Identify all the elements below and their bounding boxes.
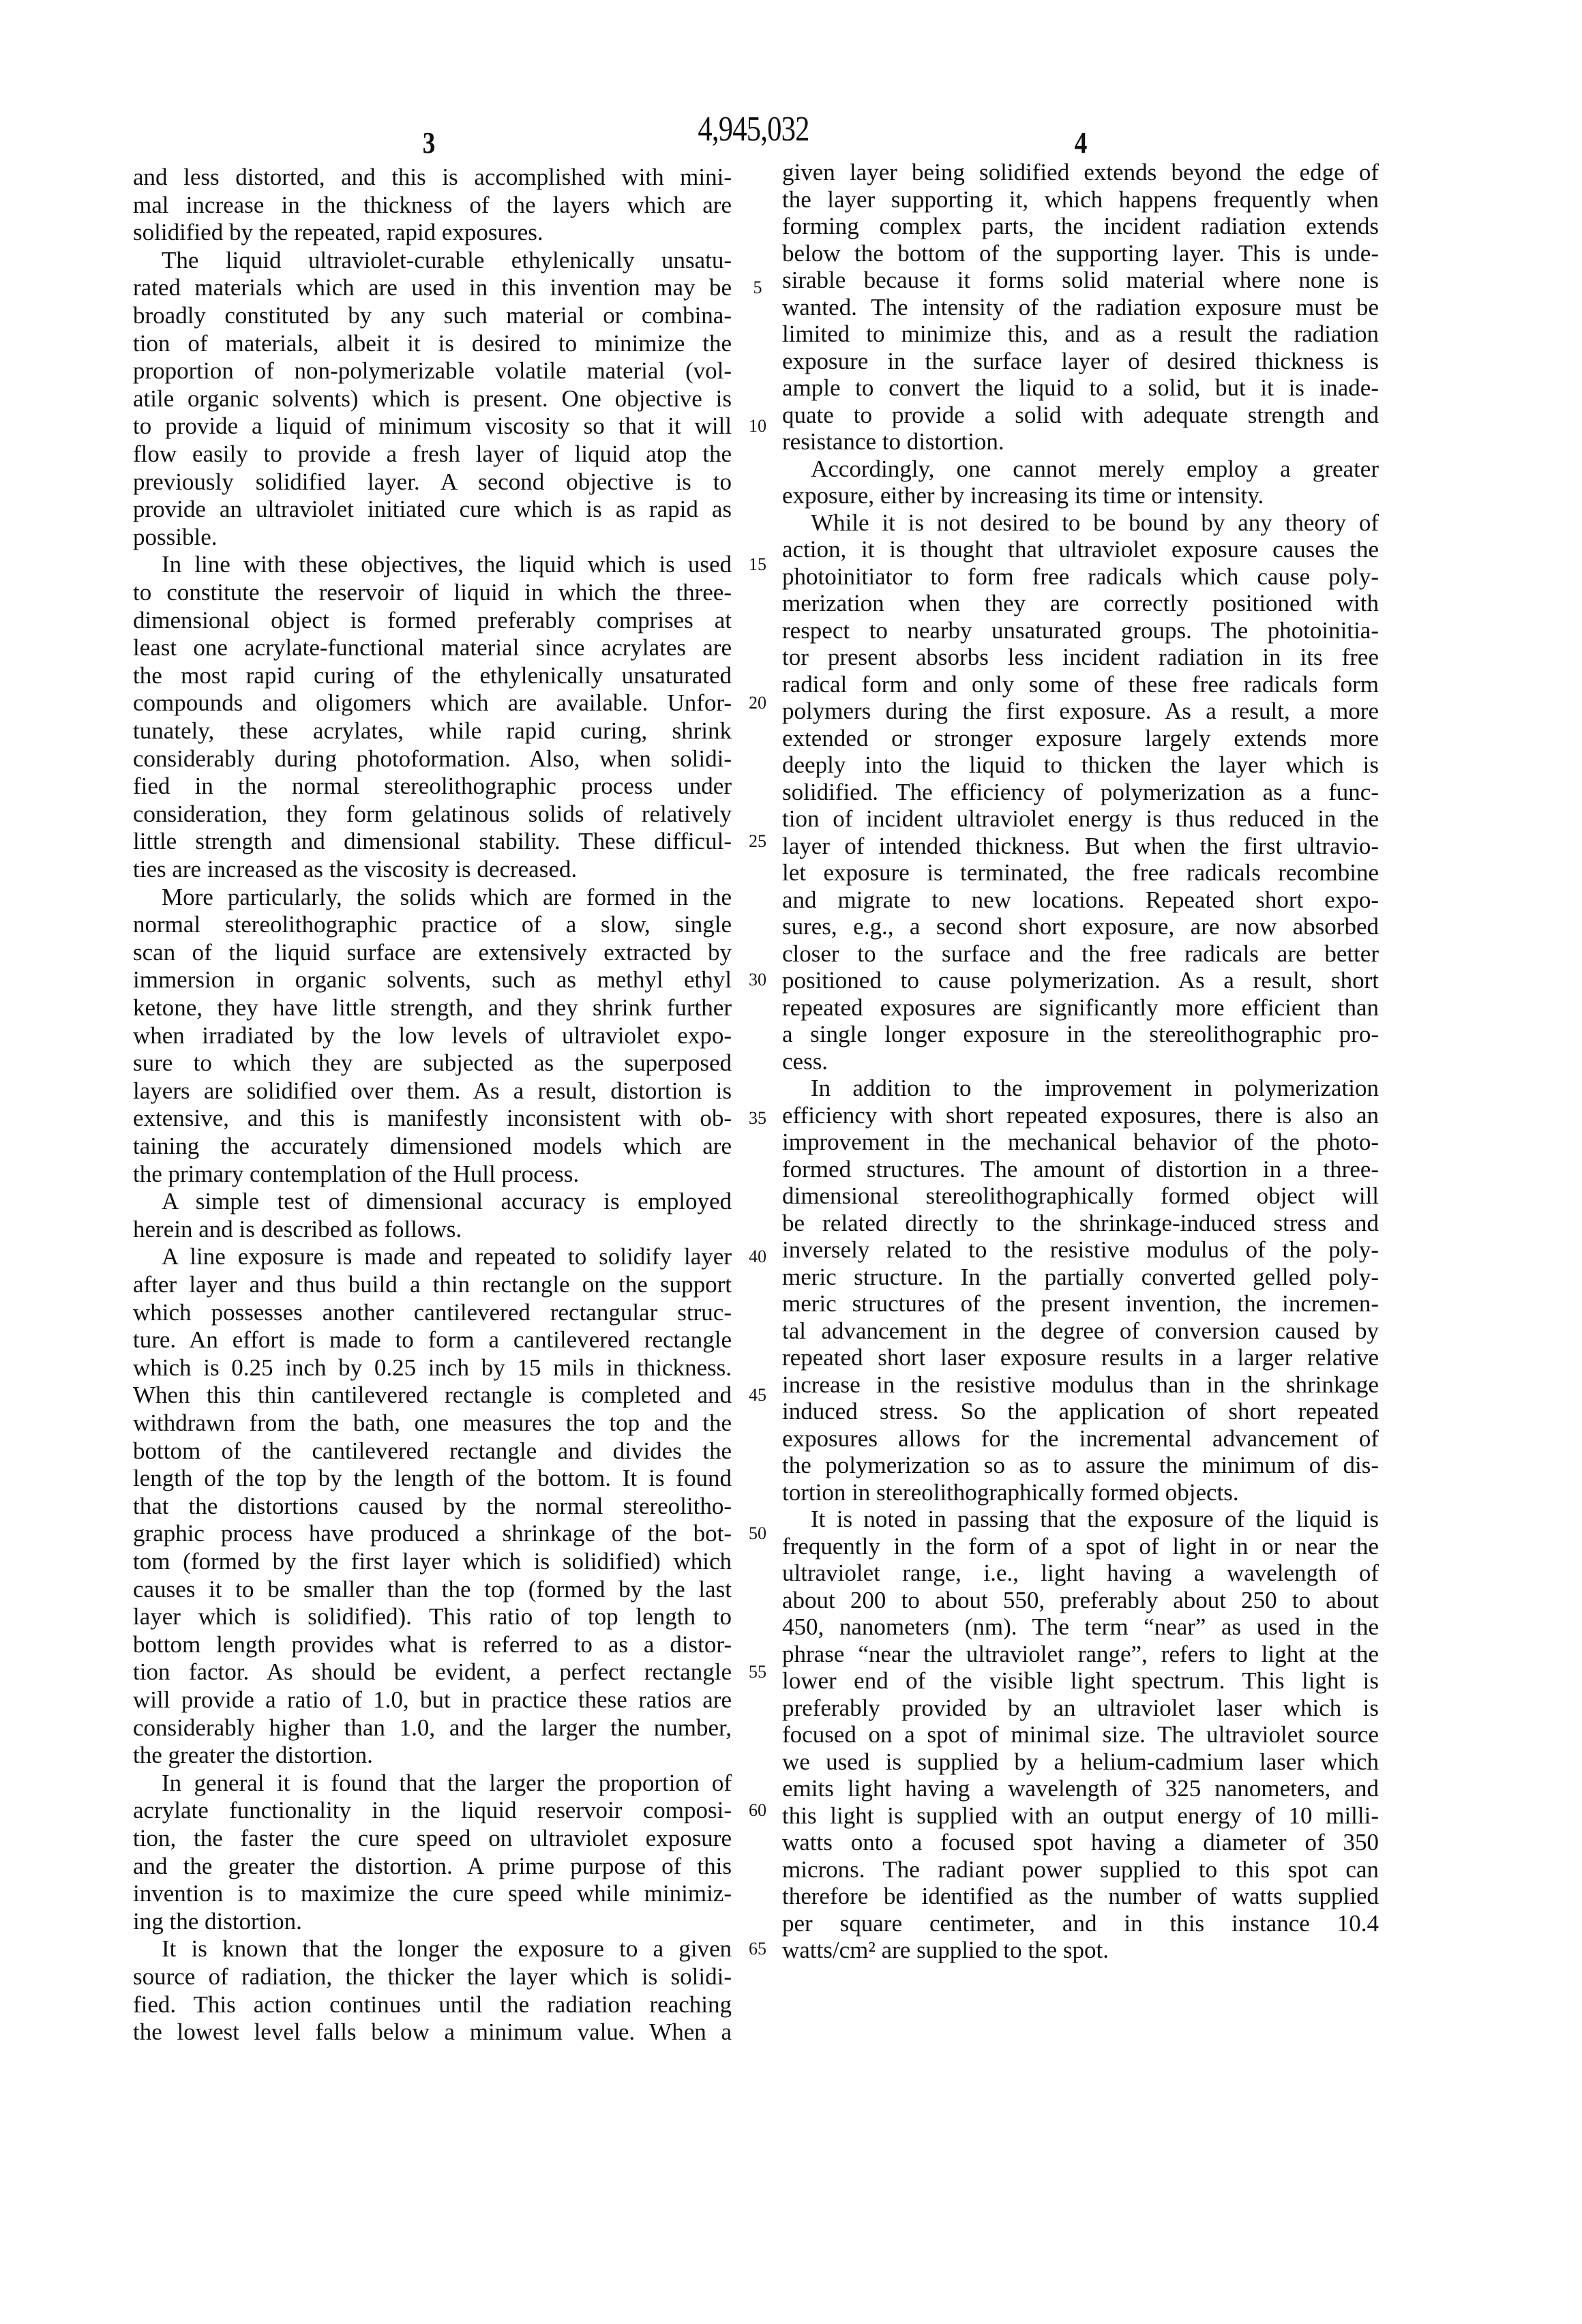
text-line: repeated short laser exposure results in… [782,1344,1379,1371]
text-line: Accordingly, one cannot merely employ a … [782,456,1379,483]
text-line: radical form and only some of these free… [782,671,1379,698]
line-number: 25 [745,828,770,855]
text-line: tal advancement in the degree of convers… [782,1317,1379,1345]
text-line: solidified by the repeated, rapid exposu… [133,219,732,246]
text-line: ultraviolet range, i.e., light having a … [782,1560,1379,1587]
text-line: considerably during photoformation. Also… [133,745,732,773]
text-line: mal increase in the thickness of the lay… [133,192,732,219]
text-line: normal stereolithographic practice of a … [133,911,732,938]
line-number: 10 [745,413,770,440]
text-line: exposures allows for the incremental adv… [782,1425,1379,1452]
text-line: invention is to maximize the cure speed … [133,1880,732,1907]
text-line: possible. [133,524,732,551]
text-line: tor present absorbs less incident radiat… [782,644,1379,671]
text-line: resistance to distortion. [782,428,1379,456]
text-line: repeated exposures are significantly mor… [782,994,1379,1022]
text-line: the most rapid curing of the ethylenical… [133,662,732,689]
text-line: when irradiated by the low levels of ult… [133,1022,732,1049]
text-line: improvement in the mechanical behavior o… [782,1129,1379,1156]
text-line: layer which is solidified). This ratio o… [133,1603,732,1630]
text-line: dimensional stereolithographically forme… [782,1182,1379,1210]
text-line: watts onto a focused spot having a diame… [782,1829,1379,1856]
text-line: More particularly, the solids which are … [133,884,732,911]
text-line: ties are increased as the viscosity is d… [133,856,732,883]
text-line: In addition to the improvement in polyme… [782,1075,1379,1102]
column-number-left: 3 [406,130,452,157]
text-line: deeply into the liquid to thicken the la… [782,751,1379,779]
text-line: flow easily to provide a fresh layer of … [133,441,732,468]
text-line: ketone, they have little strength, and t… [133,994,732,1022]
text-line: positioned to cause polymerization. As a… [782,967,1379,994]
text-line: bottom of the cantilevered rectangle and… [133,1437,732,1465]
text-line: be related directly to the shrinkage-ind… [782,1210,1379,1237]
text-line: respect to nearby unsaturated groups. Th… [782,617,1379,644]
text-line: polymers during the first exposure. As a… [782,698,1379,725]
line-number: 60 [745,1797,770,1824]
text-line: efficiency with short repeated exposures… [782,1102,1379,1129]
line-number: 15 [745,551,770,578]
text-line: extended or stronger exposure largely ex… [782,725,1379,752]
text-line: will provide a ratio of 1.0, but in prac… [133,1686,732,1714]
text-line: frequently in the form of a spot of ligh… [782,1533,1379,1560]
text-line: per square centimeter, and in this insta… [782,1910,1379,1937]
text-line: withdrawn from the bath, one measures th… [133,1410,732,1437]
text-line: about 200 to about 550, preferably about… [782,1587,1379,1614]
text-line: sirable because it forms solid material … [782,267,1379,294]
line-number: 45 [745,1382,770,1409]
text-line: solidified. The efficiency of polymeriza… [782,779,1379,806]
text-line: and less distorted, and this is accompli… [133,164,732,191]
text-line: and the greater the distortion. A prime … [133,1853,732,1880]
text-line: increase in the resistive modulus than i… [782,1371,1379,1399]
text-line: sure to which they are subjected as the … [133,1049,732,1077]
text-line: which possesses another cantilevered rec… [133,1299,732,1326]
text-line: It is known that the longer the exposure… [133,1935,732,1963]
text-line: In line with these objectives, the liqui… [133,551,732,578]
text-line: this light is supplied with an output en… [782,1802,1379,1830]
text-line: considerably higher than 1.0, and the la… [133,1714,732,1742]
text-line: lower end of the visible light spectrum.… [782,1667,1379,1695]
line-number: 5 [745,274,770,301]
text-line: consideration, they form gelatinous soli… [133,801,732,828]
text-line: tion, the faster the cure speed on ultra… [133,1825,732,1852]
text-line: fied in the normal stereolithographic pr… [133,773,732,800]
text-line: fied. This action continues until the ra… [133,1991,732,2018]
text-line: exposure, either by increasing its time … [782,482,1379,509]
text-line: we used is supplied by a helium-cadmium … [782,1748,1379,1776]
text-line: dimensional object is formed preferably … [133,607,732,634]
text-line: and migrate to new locations. Repeated s… [782,887,1379,914]
text-line: let exposure is terminated, the free rad… [782,859,1379,887]
text-line: A line exposure is made and repeated to … [133,1243,732,1270]
text-line: broadly constituted by any such material… [133,302,732,329]
text-line: the primary contemplation of the Hull pr… [133,1161,732,1188]
text-line: phrase “near the ultraviolet range”, ref… [782,1641,1379,1668]
text-line: exposure in the surface layer of desired… [782,348,1379,375]
text-line: that the distortions caused by the norma… [133,1493,732,1520]
text-line: graphic process have produced a shrinkag… [133,1520,732,1547]
text-line: closer to the surface and the free radic… [782,940,1379,968]
text-line: length of the top by the length of the b… [133,1465,732,1492]
text-line: It is noted in passing that the exposure… [782,1506,1379,1533]
text-line: When this thin cantilevered rectangle is… [133,1382,732,1409]
text-line: immersion in organic solvents, such as m… [133,966,732,994]
text-line: to provide a liquid of minimum viscosity… [133,413,732,440]
text-line: herein and is described as follows. [133,1216,732,1243]
text-line: limited to minimize this, and as a resul… [782,321,1379,348]
text-line: compounds and oligomers which are availa… [133,689,732,717]
text-line: least one acrylate-functional material s… [133,634,732,661]
text-line: ture. An effort is made to form a cantil… [133,1326,732,1354]
text-line: watts/cm² are supplied to the spot. [782,1937,1379,1964]
text-line: atile organic solvents) which is present… [133,385,732,413]
line-number: 55 [745,1658,770,1686]
text-line: meric structure. In the partially conver… [782,1264,1379,1291]
text-line: preferably provided by an ultraviolet la… [782,1695,1379,1722]
text-line: inversely related to the resistive modul… [782,1236,1379,1264]
text-line: The liquid ultraviolet-curable ethylenic… [133,247,732,274]
text-line: A simple test of dimensional accuracy is… [133,1188,732,1215]
text-line: bottom length provides what is referred … [133,1631,732,1658]
text-line: extensive, and this is manifestly incons… [133,1105,732,1132]
text-line: the layer supporting it, which happens f… [782,186,1379,213]
column-number-right: 4 [1058,130,1104,157]
text-line: previously solidified layer. A second ob… [133,468,732,496]
text-line: which is 0.25 inch by 0.25 inch by 15 mi… [133,1354,732,1382]
text-line: tion of incident ultraviolet energy is t… [782,805,1379,833]
text-line: given layer being solidified extends bey… [782,159,1379,186]
text-line: the polymerization so as to assure the m… [782,1452,1379,1479]
text-line: microns. The radiant power supplied to t… [782,1856,1379,1883]
text-line: tortion in stereolithographically formed… [782,1479,1379,1506]
text-line: layer of intended thickness. But when th… [782,833,1379,860]
text-line: a single longer exposure in the stereoli… [782,1021,1379,1048]
text-line: after layer and thus build a thin rectan… [133,1271,732,1298]
text-line: ample to convert the liquid to a solid, … [782,374,1379,402]
line-number: 30 [745,966,770,994]
text-line: focused on a spot of minimal size. The u… [782,1721,1379,1748]
text-line: tion of materials, albeit it is desired … [133,330,732,357]
text-line: meric structures of the present inventio… [782,1290,1379,1317]
text-line: tion factor. As should be evident, a per… [133,1658,732,1686]
text-line: provide an ultraviolet initiated cure wh… [133,496,732,523]
text-line: the lowest level falls below a minimum v… [133,2018,732,2046]
text-line: ing the distortion. [133,1908,732,1935]
text-line: the greater the distortion. [133,1742,732,1769]
text-line: wanted. The intensity of the radiation e… [782,294,1379,321]
text-line: action, it is thought that ultraviolet e… [782,536,1379,563]
text-line: therefore be identified as the number of… [782,1883,1379,1910]
text-line: to constitute the reservoir of liquid in… [133,579,732,606]
text-line: emits light having a wavelength of 325 n… [782,1775,1379,1802]
text-line: In general it is found that the larger t… [133,1770,732,1797]
text-line: source of radiation, the thicker the lay… [133,1963,732,1991]
line-number: 35 [745,1105,770,1132]
text-line: tom (formed by the first layer which is … [133,1548,732,1575]
text-line: quate to provide a solid with adequate s… [782,402,1379,429]
text-line: merization when they are correctly posit… [782,590,1379,617]
text-line: scan of the liquid surface are extensive… [133,939,732,966]
text-line: induced stress. So the application of sh… [782,1398,1379,1425]
text-line: forming complex parts, the incident radi… [782,213,1379,240]
text-line: photoinitiator to form free radicals whi… [782,563,1379,591]
patent-number: 4,945,032 [695,109,812,150]
text-line: rated materials which are used in this i… [133,274,732,301]
text-line: below the bottom of the supporting layer… [782,240,1379,267]
text-line: causes it to be smaller than the top (fo… [133,1576,732,1603]
text-line: layers are solidified over them. As a re… [133,1077,732,1105]
patent-page: 4,945,032 3 4 and less distorted, and th… [0,0,1582,2324]
text-line: formed structures. The amount of distort… [782,1156,1379,1183]
text-line: acrylate functionality in the liquid res… [133,1797,732,1824]
text-line: sures, e.g., a second short exposure, ar… [782,913,1379,940]
text-line: proportion of non-polymerizable volatile… [133,357,732,385]
line-number: 50 [745,1520,770,1547]
text-line: 450, nanometers (nm). The term “near” as… [782,1613,1379,1641]
text-line: While it is not desired to be bound by a… [782,509,1379,537]
text-line: tunately, these acrylates, while rapid c… [133,717,732,745]
text-line: cess. [782,1048,1379,1075]
line-number: 20 [745,689,770,717]
text-line: taining the accurately dimensioned model… [133,1133,732,1160]
line-number: 65 [745,1935,770,1963]
line-number: 40 [745,1243,770,1270]
text-line: little strength and dimensional stabilit… [133,828,732,855]
